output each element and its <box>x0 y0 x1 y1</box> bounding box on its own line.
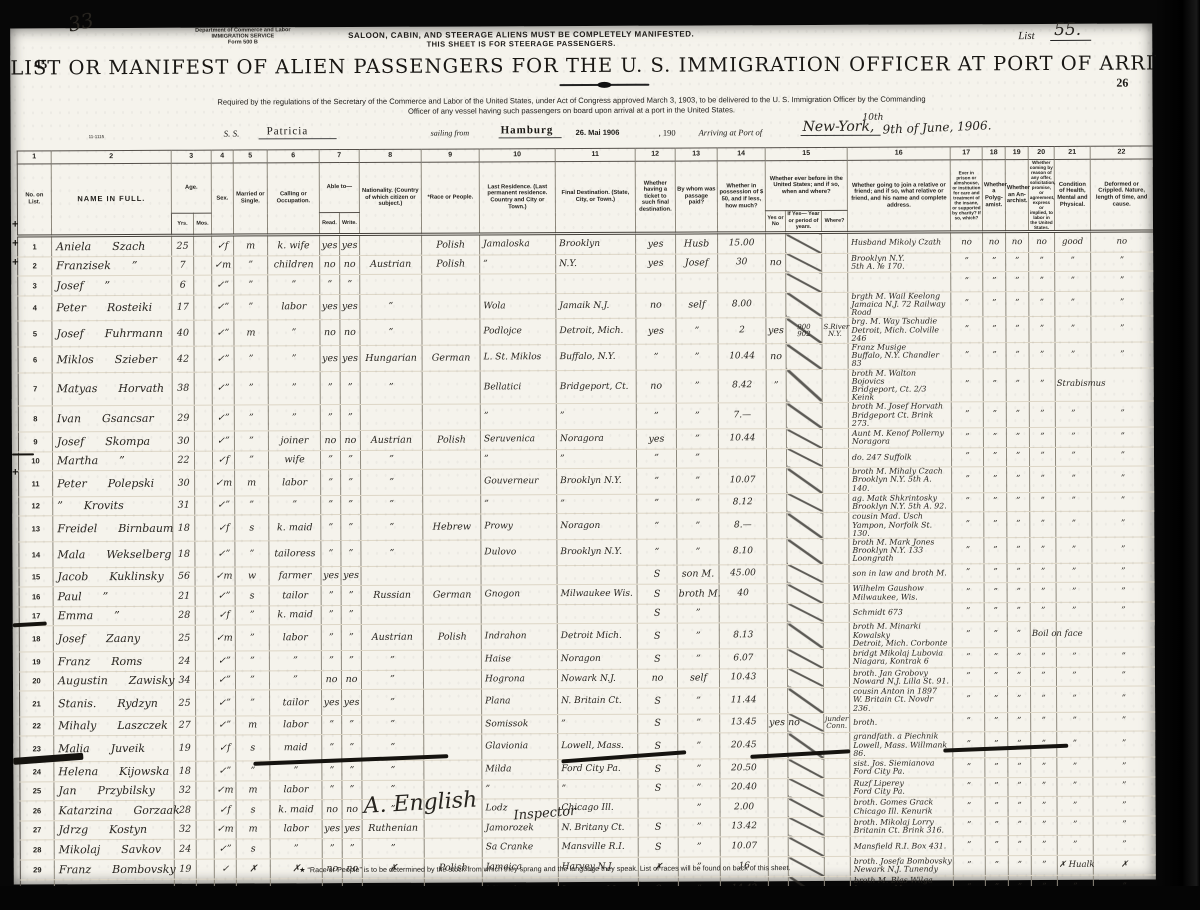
cell-c21: ” <box>1055 447 1091 467</box>
cell-usyn <box>767 603 787 623</box>
cell-c19: ” <box>1007 512 1030 538</box>
cell-sex: ✓” <box>212 405 234 431</box>
cell-tkt: yes <box>636 254 676 274</box>
header-nationality: Nationality. (Country of which citizen o… <box>359 162 421 234</box>
cell-mos <box>194 406 212 432</box>
cell-sex: ✓f <box>213 606 235 626</box>
cell-paid: ” <box>678 818 720 838</box>
cell-c18: ” <box>985 816 1008 836</box>
cell-occ: k. wife <box>268 235 320 256</box>
cell-c21: ” <box>1055 291 1091 317</box>
header-ever-in-us: Whether ever before in the United States… <box>765 160 847 211</box>
cell-nat: ” <box>360 371 422 405</box>
cell-occ: labor <box>270 780 322 800</box>
cell-sex: ✓m <box>213 567 235 587</box>
cell-no: 9 <box>18 432 52 452</box>
cell-uswh <box>824 688 850 714</box>
cell-ms: m <box>234 320 268 346</box>
cell-dest: Brooklyn N.Y. <box>557 539 637 565</box>
cell-c22: ” <box>1093 731 1155 757</box>
cell-c18: ” <box>983 317 1006 343</box>
cell-c22: ” <box>1091 271 1153 291</box>
cell-occ: farmer <box>269 566 321 586</box>
cell-race <box>422 294 480 320</box>
cell-name: Ivan Gsancsar <box>52 406 172 432</box>
cell-tkt: S <box>638 818 678 838</box>
cell-c22: ” <box>1091 427 1153 447</box>
cell-paid: self <box>677 669 719 689</box>
cell-uswh <box>823 564 849 584</box>
cell-occ: ” <box>268 346 320 372</box>
cell-c18: ” <box>985 732 1008 758</box>
cell-usyr: 900 902 <box>786 318 822 344</box>
col-num-6: 6 <box>267 150 319 163</box>
ink-mark-row3: + <box>12 256 18 268</box>
cell-tkt: S <box>637 565 677 585</box>
cell-occ: labor <box>269 625 321 651</box>
cell-mos <box>195 586 213 606</box>
cell-usyn <box>768 688 788 714</box>
header-race: *Race or People. <box>421 162 479 234</box>
cell-c21: ” <box>1055 317 1091 343</box>
cell-money: 11.44 <box>720 688 768 714</box>
cell-dest: Detroit Mich. <box>557 624 637 650</box>
cell-c20: ” <box>1030 667 1056 687</box>
cell-paid: self <box>676 293 718 319</box>
arrival-note: 10th <box>863 113 884 123</box>
cell-res: ” <box>481 494 557 514</box>
cell-write: no <box>342 800 362 820</box>
cell-name: Helena Kijowska <box>54 761 174 781</box>
cell-c19: ” <box>1007 648 1030 668</box>
sailing-date: 26. Mai 1906 <box>576 128 620 137</box>
cell-nat <box>360 234 422 255</box>
header-anarchist: Whether an An­archist. <box>1005 160 1028 232</box>
cell-paid: ” <box>676 370 718 404</box>
cell-c21: ” <box>1056 647 1092 667</box>
cell-c22: ” <box>1092 667 1154 687</box>
cell-c22: ” <box>1093 835 1155 855</box>
cell-sex: ✓m <box>213 470 235 496</box>
cell-mos <box>195 567 213 587</box>
cell-mos <box>194 235 212 256</box>
cell-dest: Buffalo, N.Y. <box>556 344 636 370</box>
col-num-13: 13 <box>675 148 717 161</box>
cell-c19: ” <box>1006 272 1029 292</box>
cell-mos <box>196 761 214 781</box>
cell-race: Polish <box>422 255 480 275</box>
cell-c20: ” <box>1031 777 1057 797</box>
cell-rel: broth. Gomes Grack Chicago Ill. Kenurik <box>850 797 953 817</box>
cell-uswh: junder Conn. <box>824 713 850 733</box>
cell-occ: labor <box>270 819 322 839</box>
cell-c18: ” <box>983 447 1006 467</box>
cell-rel: Schmidt 673 <box>849 603 952 623</box>
cell-sex: ✓” <box>213 586 235 606</box>
cell-write: ” <box>342 760 362 780</box>
cell-dest: Milwaukee Wis. <box>557 584 637 604</box>
plate-code: 11-1115 <box>89 134 105 139</box>
cell-yrs: 28 <box>173 606 195 626</box>
cell-usyr <box>788 778 824 798</box>
cell-c18: ” <box>984 602 1007 622</box>
cell-c22: ” <box>1091 401 1153 427</box>
cell-mos <box>194 346 212 372</box>
cell-tkt: no <box>637 669 677 689</box>
cell-c22: ” <box>1092 492 1154 512</box>
cell-usyn <box>767 539 787 565</box>
cell-read: no <box>322 800 342 820</box>
cell-write: yes <box>342 690 362 716</box>
cell-res: Plana <box>482 689 558 715</box>
cell-c21: ” <box>1057 796 1093 816</box>
cell-nat <box>361 566 423 586</box>
cell-mos <box>195 496 213 516</box>
header-age-mos: Mos. <box>193 213 211 235</box>
cell-c18: ” <box>984 538 1007 564</box>
cell-race: Polish <box>422 430 480 450</box>
cell-c21: ” <box>1056 563 1092 583</box>
cell-usyr <box>787 603 823 623</box>
cell-c22: ” <box>1091 447 1153 467</box>
cell-sex: ✓f <box>212 235 234 256</box>
cell-c20: ” <box>1030 537 1056 563</box>
cell-occ: children <box>268 255 320 275</box>
cell-money: 30 <box>718 253 766 273</box>
cell-c22: ” <box>1091 342 1153 368</box>
cell-c22: ” <box>1092 602 1154 622</box>
cell-c22: ” <box>1092 511 1154 537</box>
cell-c22: ” <box>1091 291 1153 317</box>
cell-no: 14 <box>19 542 53 568</box>
col-num-7: 7 <box>319 149 359 162</box>
cell-nat: ” <box>361 650 423 670</box>
cell-usyr <box>786 232 822 253</box>
cell-tkt: no <box>636 370 676 404</box>
cell-c18: ” <box>984 512 1007 538</box>
cell-dest: Brooklyn N.Y. <box>557 468 637 494</box>
cell-tkt: S <box>637 649 677 669</box>
cell-race <box>423 469 481 495</box>
cell-paid: ” <box>677 468 719 494</box>
cell-write: ” <box>342 715 362 735</box>
cell-read: ” <box>321 586 341 606</box>
cell-race <box>423 540 481 566</box>
cell-name: Mihaly Laszczek <box>54 716 174 736</box>
cell-res: ” <box>482 779 558 799</box>
cell-res <box>481 565 557 585</box>
cell-ms: ” <box>234 295 268 321</box>
cell-c17: ” <box>953 687 985 713</box>
header-married-single: Married or Single. <box>233 163 267 235</box>
cell-yrs: 18 <box>174 761 196 781</box>
cell-c18: ” <box>985 712 1008 732</box>
cell-name: Freidel Birnbaum <box>53 516 173 542</box>
cell-mos <box>196 781 214 801</box>
cell-name: Peter Polepski <box>53 471 173 497</box>
cell-nat: ” <box>360 320 422 346</box>
cell-money: 20.40 <box>720 778 768 798</box>
cell-occ: wife <box>268 450 320 470</box>
col-num-9: 9 <box>421 149 479 162</box>
cell-res: Bellatici <box>480 370 556 404</box>
cell-money <box>718 273 766 293</box>
cell-uswh <box>823 623 849 649</box>
cell-c21: ” <box>1055 427 1091 447</box>
cell-money <box>719 604 767 624</box>
cell-no: 11 <box>19 471 53 497</box>
cell-name: Jan Przybilsky <box>54 781 174 801</box>
cell-nat: Russian <box>361 585 423 605</box>
cell-usyr <box>787 513 823 539</box>
cell-rel: broth. Mikolaj Lorry Britanin Ct. Brink … <box>850 817 953 837</box>
cell-dest: ” <box>556 404 636 430</box>
cell-occ: ” <box>269 651 321 671</box>
cell-mos <box>196 736 214 762</box>
cell-money <box>718 448 766 468</box>
cell-write: yes <box>340 294 360 320</box>
cell-uswh <box>823 603 849 623</box>
cell-c19: ” <box>1007 667 1030 687</box>
cell-c19: no <box>1006 232 1029 253</box>
cell-dest: Jamaik N.J. <box>556 293 636 319</box>
cell-c22: no <box>1091 231 1153 252</box>
cell-paid: ” <box>676 429 718 449</box>
cell-read: ” <box>320 450 340 470</box>
cell-uswh <box>823 648 849 668</box>
col-num-15: 15 <box>765 147 847 160</box>
cell-c21: good <box>1055 231 1091 252</box>
cell-sex: ✓” <box>212 275 234 295</box>
cell-usyn <box>768 759 788 779</box>
cell-rel: Ruzf Liperey Ford City Pa. <box>850 778 953 798</box>
cell-uswh <box>822 292 848 318</box>
cell-tkt: ” <box>637 514 677 540</box>
cell-usyn: no <box>766 344 786 370</box>
ss-label: S. S. <box>224 128 240 138</box>
cell-nat: Austrian <box>360 430 422 450</box>
cell-money: 2.00 <box>720 798 768 818</box>
cell-res <box>481 604 557 624</box>
cell-c19: ” <box>1007 563 1030 583</box>
col-num-14: 14 <box>717 148 765 161</box>
cell-dest: Noragora <box>556 429 636 449</box>
cell-res <box>480 274 556 294</box>
cell-name: Josef ” <box>52 275 172 295</box>
cell-ms: m <box>235 470 269 496</box>
cell-c19: ” <box>1006 447 1029 467</box>
cell-no: 27 <box>20 821 54 841</box>
cell-c17: ” <box>953 758 985 778</box>
cell-name: Mala Wekselberg <box>53 541 173 567</box>
cell-uswh <box>822 403 848 429</box>
cell-c19: ” <box>1006 252 1029 272</box>
cell-c20: ” <box>1029 291 1055 317</box>
cell-uswh <box>822 428 848 448</box>
cell-tkt: S <box>638 837 678 857</box>
cell-write: yes <box>342 819 362 839</box>
col-num-10: 10 <box>479 149 555 162</box>
cell-ms: ” <box>234 405 268 431</box>
cell-no: 22 <box>20 717 54 737</box>
cell-dest: Bridgeport, Ct. <box>556 370 636 404</box>
cell-res: Prowy <box>481 514 557 540</box>
cell-rel: broth M. Minarki Kowalsky Detroit, Mich.… <box>849 622 952 648</box>
cell-name: Mikolaj Savkov <box>54 840 174 860</box>
cell-res: Podlojce <box>480 319 556 345</box>
cell-race <box>424 819 482 839</box>
cell-c18: ” <box>984 667 1007 687</box>
cell-race <box>422 371 480 405</box>
col-num-21: 21 <box>1054 146 1090 159</box>
cell-sex: ✓m <box>212 256 234 276</box>
cell-tkt: yes <box>636 429 676 449</box>
cell-usyr <box>788 837 824 857</box>
cell-c21: ” <box>1056 512 1092 538</box>
vessel-line: 11-1115 S. S. Patricia sailing from Hamb… <box>11 122 1153 149</box>
cell-no: 1 <box>18 236 52 257</box>
cell-res: Jamaloska <box>480 234 556 255</box>
header-contract-labor: Whether coming by reason of any offer, s… <box>1028 159 1054 231</box>
cell-c21: ” <box>1057 777 1093 797</box>
cell-rel: broth M. Josef Horvath Bridgeport Ct. Br… <box>848 402 951 428</box>
cell-ms: m <box>236 820 270 840</box>
cell-c20: ” <box>1030 583 1056 603</box>
cell-usyr <box>786 273 822 293</box>
cell-c21: Strabismus <box>1055 368 1091 402</box>
cell-read: ” <box>320 371 340 405</box>
cell-race <box>424 760 482 780</box>
cell-no: 7 <box>18 372 52 406</box>
cell-read: ” <box>321 541 341 567</box>
header-us-where: Where? <box>821 211 847 233</box>
cell-uswh <box>822 232 848 253</box>
cell-rel: cousin Anton in 1897 W. Britain Ct. Novd… <box>850 687 953 713</box>
cell-yrs: 30 <box>173 470 195 496</box>
cell-ms: ” <box>235 651 269 671</box>
cell-paid: son M. <box>677 565 719 585</box>
col-num-22: 22 <box>1090 146 1152 159</box>
cell-tkt: S <box>638 759 678 779</box>
cell-race <box>424 838 482 858</box>
col-num-3: 3 <box>171 150 211 163</box>
cell-c17: ” <box>952 648 984 668</box>
cell-read: yes <box>322 690 342 716</box>
cell-mos <box>195 606 213 626</box>
cell-usyn <box>768 817 788 837</box>
cell-no: 12 <box>19 497 53 517</box>
cell-rel: Franz Musige Buffalo, N.Y. Chandler 83 <box>848 343 951 369</box>
cell-tkt: yes <box>636 318 676 344</box>
cell-no: 18 <box>19 626 53 652</box>
cell-tkt: ” <box>637 468 677 494</box>
cell-c19: ” <box>1008 816 1031 836</box>
cell-dest: ” <box>557 494 637 514</box>
cell-yrs: 27 <box>174 716 196 736</box>
cell-sex: ✓” <box>212 372 234 406</box>
cell-c20: ” <box>1030 647 1056 667</box>
manifest-row: 7Matyas Horvath38✓””””””BellaticiBridgep… <box>18 368 1153 407</box>
cell-money: 2 <box>718 318 766 344</box>
cell-name: Franz Roms <box>53 651 173 671</box>
cell-race <box>423 495 481 515</box>
cell-c20: ” <box>1031 687 1057 713</box>
cell-usyr <box>786 253 822 273</box>
ink-mark-row1: + <box>12 218 18 230</box>
cell-tkt: S <box>638 779 678 799</box>
cell-tkt: S <box>638 688 678 714</box>
cell-occ: tailoress <box>269 541 321 567</box>
cell-usyn <box>766 233 786 254</box>
cell-name: Martha ” <box>52 451 172 471</box>
cell-yrs: 21 <box>173 586 195 606</box>
cell-c17: ” <box>951 292 983 318</box>
cell-c22: ” <box>1093 712 1155 732</box>
cell-c17: ” <box>953 777 985 797</box>
col-num-4: 4 <box>211 150 233 163</box>
cell-c22: ” <box>1091 252 1153 272</box>
cell-dest: N.Y. <box>556 254 636 274</box>
cell-money: 6.07 <box>719 649 767 669</box>
cell-usyn <box>766 292 786 318</box>
cell-usyr <box>788 688 824 714</box>
cell-c21: ” <box>1057 816 1093 836</box>
cell-nat <box>360 274 422 294</box>
cell-usyn: yes <box>766 318 786 344</box>
cell-c17: ” <box>951 272 983 292</box>
cell-no: 25 <box>20 781 54 801</box>
cell-c20: ” <box>1031 836 1057 856</box>
cell-nat: ” <box>362 689 424 715</box>
cell-uswh <box>824 778 850 798</box>
cell-tkt: ” <box>637 539 677 565</box>
cell-money: 8.12 <box>719 494 767 514</box>
cell-yrs: 56 <box>173 567 195 587</box>
cell-c17: ” <box>953 732 985 758</box>
cell-res: Dulovo <box>481 540 557 566</box>
cell-c17: ” <box>951 252 983 272</box>
cell-paid: Josef <box>676 254 718 274</box>
cell-ms: s <box>236 800 270 820</box>
cell-c20: ” <box>1029 317 1055 343</box>
cell-c22: ” <box>1092 582 1154 602</box>
cell-read: yes <box>322 819 342 839</box>
cell-write: ” <box>341 651 361 671</box>
cell-c18: ” <box>985 836 1008 856</box>
cell-res: Hogrona <box>481 669 557 689</box>
cell-tkt: S <box>637 604 677 624</box>
cell-name: Emma ” <box>53 606 173 626</box>
cell-res: ” <box>480 404 556 430</box>
cell-uswh <box>822 369 848 403</box>
cell-rel: cousin Mad. Usch Yampon, Norfolk St. 130… <box>849 512 952 538</box>
cell-ms: s <box>236 839 270 859</box>
ink-mark-row2: + <box>12 237 18 249</box>
cell-ms: s <box>235 586 269 606</box>
cell-paid: ” <box>676 449 718 469</box>
cell-res: Somissok <box>482 714 558 734</box>
cell-res: Haise <box>481 650 557 670</box>
cell-read: ” <box>321 605 341 625</box>
header-write: Write. <box>339 213 359 235</box>
cell-res: Glavionia <box>482 734 558 760</box>
cell-tkt: ” <box>636 449 676 469</box>
col-num-17: 17 <box>950 147 982 160</box>
cell-paid: ” <box>677 539 719 565</box>
cell-mos <box>195 470 213 496</box>
header-age: Age. <box>171 163 211 213</box>
cell-dest: N. Britany Ct. <box>558 818 638 838</box>
